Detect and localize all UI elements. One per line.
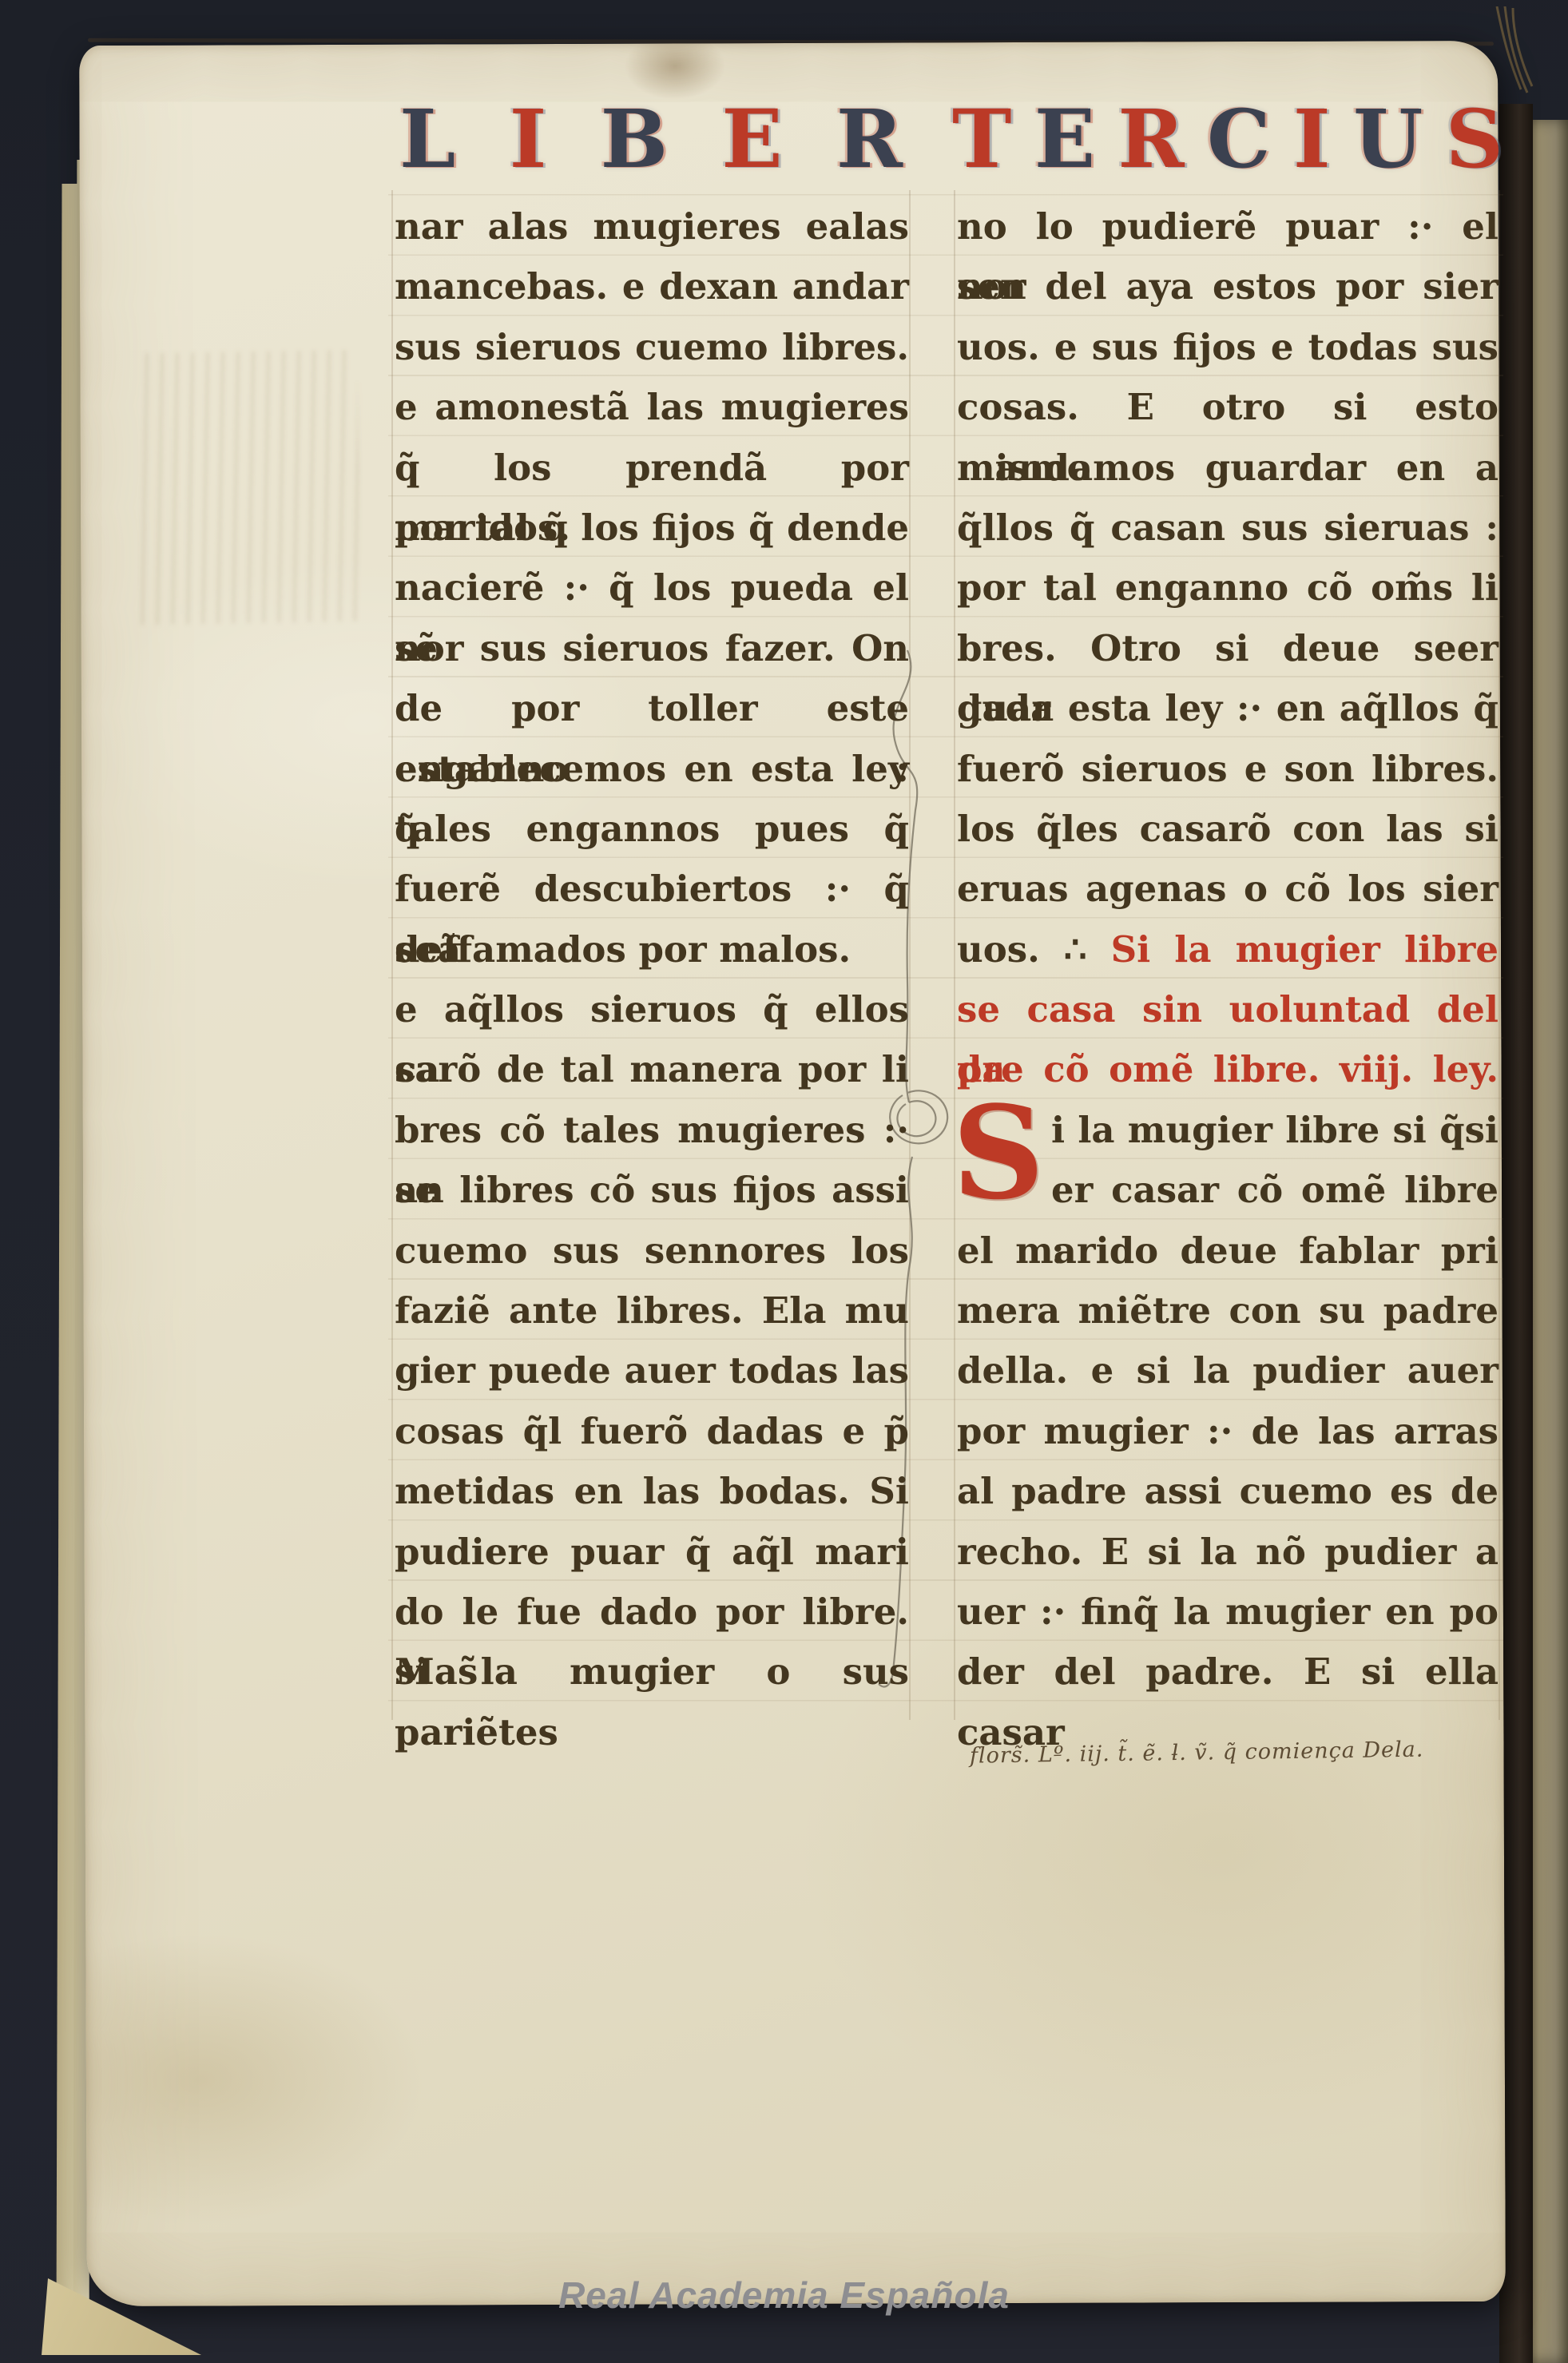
body-text: sarõ de tal manera por li	[395, 1048, 909, 1090]
right-text-column: no lo pudierẽ puar :· el sennor del aya …	[957, 197, 1499, 1702]
text-line: der del padre. E si ella casar	[957, 1642, 1499, 1702]
text-line: nor del aya estos por sier	[957, 256, 1499, 316]
body-text: deffamados por malos.	[395, 928, 851, 971]
body-text: uos. ∴	[957, 928, 1111, 971]
header-letter: B	[601, 99, 669, 179]
text-line: por tal q̃ los fijos q̃ dende	[395, 498, 909, 558]
text-line: eruas agenas o cõ los sier	[957, 859, 1499, 919]
body-text: i la mugier libre si q̃si	[1051, 1109, 1499, 1151]
header-letter: T	[952, 99, 1011, 179]
text-line: por mugier :· de las arras	[957, 1401, 1499, 1461]
ink-bleed-through	[133, 350, 362, 625]
text-line: mera miẽtre con su padre	[957, 1281, 1499, 1340]
ruling-vertical-line	[1499, 190, 1500, 1720]
text-line: al padre assi cuemo es de	[957, 1461, 1499, 1521]
header-letter: R	[836, 99, 903, 179]
text-line: faziẽ ante libres. Ela mu	[395, 1281, 909, 1340]
text-line: mandamos guardar en a	[957, 438, 1499, 498]
text-line: recho. E si la nõ pudier a	[957, 1522, 1499, 1582]
text-line: nor sus sieruos fazer. On	[395, 618, 909, 678]
body-text: tales engannos pues q̃	[395, 808, 909, 850]
body-text: fuerõ sieruos e son libres.	[957, 748, 1499, 790]
body-text: metidas en las bodas. Si	[395, 1470, 909, 1512]
text-line: dada esta ley :· en aq̃llos q̃	[957, 678, 1499, 738]
manuscript-photo: LIBER TERCIUS nar alas mugieres ealasman…	[0, 0, 1568, 2363]
body-text: por tal enganno cõ om̃s li	[957, 566, 1499, 609]
text-line: gier puede auer todas las	[395, 1340, 909, 1400]
body-text: cosas q̃l fuerõ dadas e p̃	[395, 1410, 909, 1452]
header-letter: L	[399, 99, 455, 179]
body-text: nor del aya estos por sier	[957, 265, 1499, 308]
body-text: por tal q̃ los fijos q̃ dende	[395, 506, 909, 549]
text-line: uos. ∴ Si la mugier libre	[957, 919, 1499, 979]
text-line: fuerõ sieruos e son libres.	[957, 739, 1499, 799]
text-line: cosas. E otro si esto mismo	[957, 377, 1499, 437]
text-line: sarõ de tal manera por li	[395, 1039, 909, 1099]
body-text: uer :· finq̃ la mugier en po	[957, 1591, 1499, 1633]
text-line: cuemo sus sennores los	[395, 1221, 909, 1281]
header-word-tercius: TERCIUS	[952, 93, 1503, 185]
text-line: de por toller este enganno :	[395, 678, 909, 738]
body-text: sus sieruos cuemo libres.	[395, 326, 909, 368]
text-line: pudiere puar q̃ aq̃l mari	[395, 1522, 909, 1582]
ruling-vertical-line	[391, 190, 393, 1720]
watermark-text: Real Academia Española	[558, 2274, 1010, 2317]
body-text: cuemo sus sennores los	[395, 1229, 909, 1272]
header-letter: I	[1293, 99, 1331, 179]
header-letter: S	[1446, 99, 1503, 179]
body-text: uos. e sus fijos e todas sus	[957, 326, 1499, 368]
text-line: bres cõ tales mugieres :· se	[395, 1100, 909, 1160]
text-line: bres. Otro si deue seer guar	[957, 618, 1499, 678]
header-letter: R	[1117, 99, 1184, 179]
header-letter: E	[1034, 99, 1095, 179]
body-text: pudiere puar q̃ aq̃l mari	[395, 1531, 909, 1573]
text-line: deffamados por malos.	[395, 919, 909, 979]
text-line: metidas en las bodas. Si	[395, 1461, 909, 1521]
text-line: an libres cõ sus fijos assi	[395, 1160, 909, 1220]
body-text: nor sus sieruos fazer. On	[395, 627, 909, 669]
header-word-liber: LIBER	[399, 93, 903, 185]
text-line: fuerẽ descubiertos :· q̃ seã	[395, 859, 909, 919]
text-line: los q̃les casarõ con las si	[957, 799, 1499, 859]
body-text: el marido deue fablar pri	[957, 1229, 1499, 1272]
text-line: uer :· finq̃ la mugier en po	[957, 1582, 1499, 1642]
text-line: cosas q̃l fuerõ dadas e p̃	[395, 1401, 909, 1461]
body-text: los q̃les casarõ con las si	[957, 808, 1499, 850]
body-text: e amonestã las mugieres	[395, 386, 909, 428]
text-line: tales engannos pues q̃	[395, 799, 909, 859]
text-line: nacierẽ :· q̃ los pueda el sẽ	[395, 558, 909, 618]
text-line: e amonestã las mugieres	[395, 377, 909, 437]
text-line: si la mugier o sus pariẽtes	[395, 1642, 909, 1702]
body-text: nar alas mugieres ealas	[395, 205, 909, 248]
header-letter: E	[721, 99, 782, 179]
text-line: por tal enganno cõ om̃s li	[957, 558, 1499, 618]
body-text: mancebas. e dexan andar	[395, 265, 909, 308]
text-line: e aq̃llos sieruos q̃ ellos ca	[395, 979, 909, 1039]
body-text: faziẽ ante libres. Ela mu	[395, 1289, 909, 1332]
body-text: gier puede auer todas las	[395, 1349, 909, 1392]
body-text: mera miẽtre con su padre	[957, 1289, 1499, 1332]
drop-cap-initial: S	[952, 1093, 1050, 1219]
left-text-column: nar alas mugieres ealasmancebas. e dexan…	[395, 197, 909, 1702]
body-text: dada esta ley :· en aq̃llos q̃	[957, 687, 1499, 729]
text-line: della. e si la pudier auer	[957, 1340, 1499, 1400]
text-line: sus sieruos cuemo libres.	[395, 317, 909, 377]
text-line: uos. e sus fijos e todas sus	[957, 317, 1499, 377]
body-text: recho. E si la nõ pudier a	[957, 1531, 1499, 1573]
header-letter: U	[1353, 99, 1423, 179]
body-text: mandamos guardar en a	[957, 447, 1499, 489]
text-line: el marido deue fablar pri	[957, 1221, 1499, 1281]
text-line: q̃llos q̃ casan sus sieruas :	[957, 498, 1499, 558]
text-line: q̃ los prendã por maridos.	[395, 438, 909, 498]
text-line: establecemos en esta ley q̃	[395, 739, 909, 799]
rubric-text: Si la mugier libre	[1111, 928, 1499, 971]
body-text: an libres cõ sus fijos assi	[395, 1169, 909, 1211]
body-text: q̃llos q̃ casan sus sieruas :	[957, 506, 1499, 549]
body-text: al padre assi cuemo es de	[957, 1470, 1499, 1512]
text-line: no lo pudierẽ puar :· el sen	[957, 197, 1499, 256]
body-text: por mugier :· de las arras	[957, 1410, 1499, 1452]
header-letter: I	[510, 99, 547, 179]
header-letter: C	[1207, 99, 1271, 179]
body-text: eruas agenas o cõ los sier	[957, 868, 1499, 910]
text-line: se casa sin uoluntad del pa	[957, 979, 1499, 1039]
text-line: mancebas. e dexan andar	[395, 256, 909, 316]
text-line: do le fue dado por libre. Mas̃	[395, 1582, 909, 1642]
text-line: nar alas mugieres ealas	[395, 197, 909, 256]
body-text: della. e si la pudier auer	[957, 1349, 1499, 1392]
